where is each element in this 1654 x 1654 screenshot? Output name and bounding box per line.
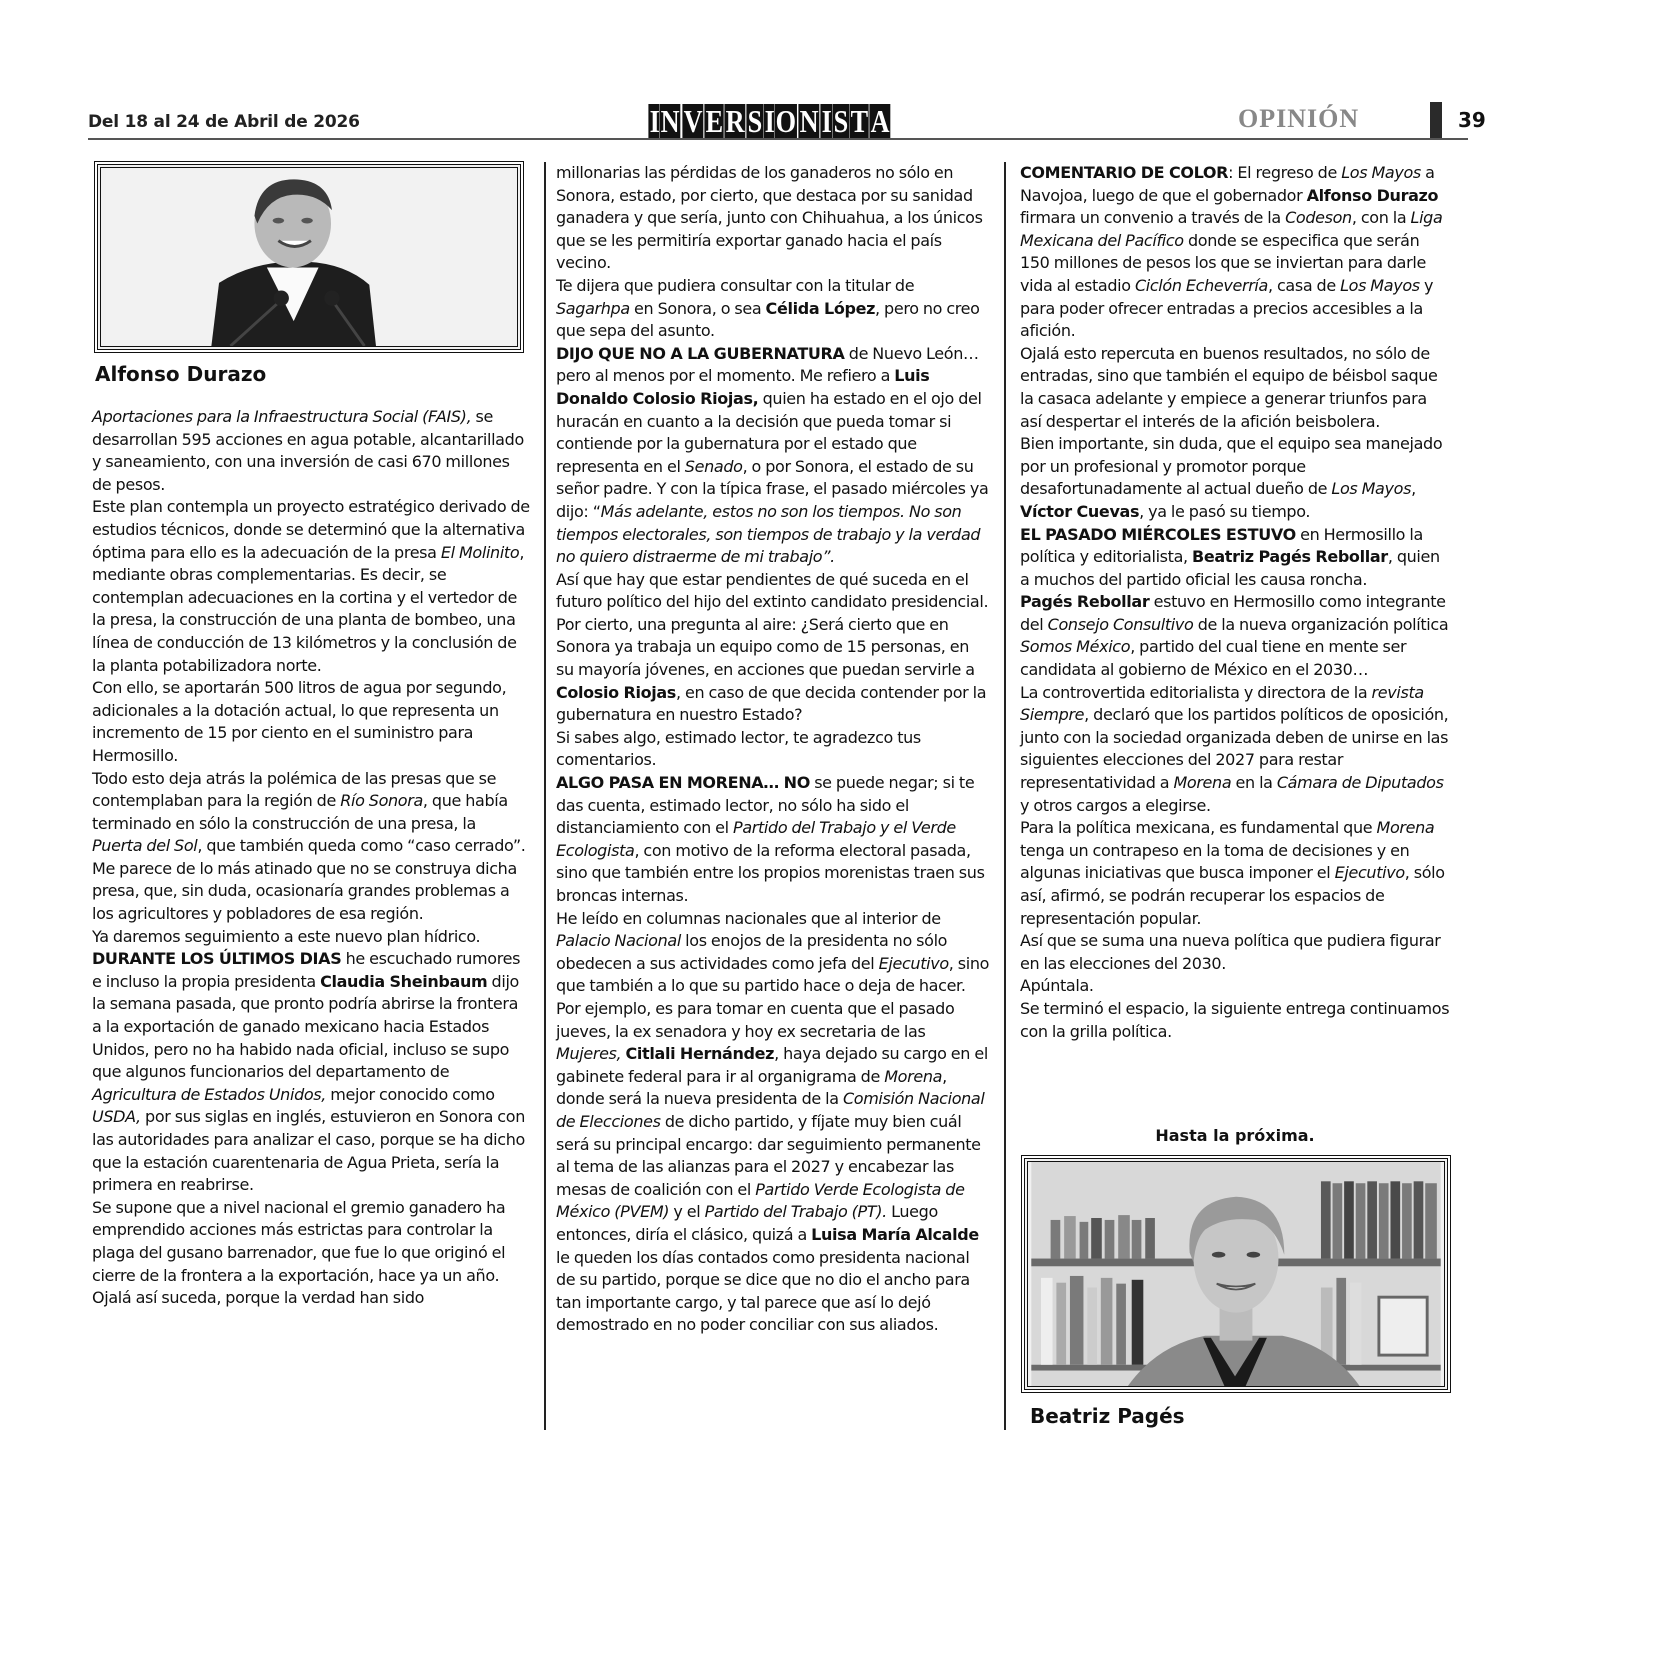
paragraph: DURANTE LOS ÚLTIMOS DIAS he escuchado ru… bbox=[92, 948, 530, 1197]
paragraph: Así que se suma una nueva política que p… bbox=[1020, 930, 1450, 975]
italic-text: Río Sonora bbox=[340, 791, 423, 810]
paragraph: COMENTARIO DE COLOR: El regreso de Los M… bbox=[1020, 162, 1450, 343]
masthead-letter: N bbox=[659, 104, 680, 138]
italic-text: Aportaciones para la Infraestructura Soc… bbox=[92, 407, 471, 426]
text-run: mejor conocido como bbox=[326, 1085, 495, 1104]
text-run: por sus siglas en inglés, estuvieron en … bbox=[92, 1107, 525, 1194]
italic-text: Partido del Trabajo (PT). bbox=[705, 1202, 887, 1221]
portrait-photo-icon bbox=[101, 168, 517, 346]
paragraph: Si sabes algo, estimado lector, te agrad… bbox=[556, 727, 991, 772]
italic-text: Los Mayos bbox=[1341, 163, 1421, 182]
page-header: Del 18 al 24 de Abril de 2026 INVERSIONI… bbox=[88, 100, 1468, 142]
text-run: y otros cargos a elegirse. bbox=[1020, 796, 1211, 815]
paragraph: Se supone que a nivel nacional el gremio… bbox=[92, 1197, 530, 1287]
italic-text: Senado bbox=[685, 457, 743, 476]
paragraph: Pagés Rebollar estuvo en Hermosillo como… bbox=[1020, 591, 1450, 681]
section-bar bbox=[1430, 102, 1442, 138]
bold-text: EL PASADO MIÉRCOLES ESTUVO bbox=[1020, 525, 1296, 544]
article-column-3: COMENTARIO DE COLOR: El regreso de Los M… bbox=[1020, 162, 1450, 1043]
italic-text: Puerta del Sol bbox=[92, 836, 197, 855]
italic-text: Somos México bbox=[1020, 637, 1130, 656]
paragraph: Ojalá esto repercuta en buenos resultado… bbox=[1020, 343, 1450, 433]
paragraph: Ojalá así suceda, porque la verdad han s… bbox=[92, 1287, 530, 1310]
text-run: Con ello, se aportarán 500 litros de agu… bbox=[92, 678, 506, 765]
bold-text: ALGO PASA EN MORENA… NO bbox=[556, 773, 810, 792]
paragraph: Este plan contempla un proyecto estratég… bbox=[92, 496, 530, 677]
masthead-letter: V bbox=[682, 104, 703, 138]
text-run: La controvertida editorialista y directo… bbox=[1020, 683, 1372, 702]
text-run: : El regreso de bbox=[1228, 163, 1341, 182]
bold-text: Beatriz Pagés Rebollar bbox=[1192, 547, 1388, 566]
italic-text: Cámara de Diputados bbox=[1277, 773, 1444, 792]
bold-text: Luisa María Alcalde bbox=[811, 1225, 979, 1244]
text-run: , ya le pasó su tiempo. bbox=[1139, 502, 1310, 521]
italic-text: Sagarhpa bbox=[556, 299, 630, 318]
masthead-letter: O bbox=[774, 104, 797, 138]
italic-text: Ejecutivo bbox=[879, 954, 949, 973]
text-run: Ya daremos seguimiento a este nuevo plan… bbox=[92, 927, 480, 946]
text-run: Para la política mexicana, es fundamenta… bbox=[1020, 818, 1377, 837]
paragraph: EL PASADO MIÉRCOLES ESTUVO en Hermosillo… bbox=[1020, 524, 1450, 592]
italic-text: Morena bbox=[884, 1067, 942, 1086]
masthead-letter: E bbox=[704, 104, 724, 138]
bold-text: COMENTARIO DE COLOR bbox=[1020, 163, 1228, 182]
italic-text: Los Mayos bbox=[1340, 276, 1420, 295]
text-run: en la bbox=[1231, 773, 1277, 792]
bold-text: Citlali Hernández bbox=[626, 1044, 775, 1063]
paragraph: millonarias las pérdidas de los ganadero… bbox=[556, 162, 991, 275]
italic-text: Ciclón Echeverría bbox=[1135, 276, 1268, 295]
paragraph: Por ejemplo, es para tomar en cuenta que… bbox=[556, 998, 991, 1337]
paragraph: Aportaciones para la Infraestructura Soc… bbox=[92, 406, 530, 496]
text-run: , bbox=[1411, 479, 1416, 498]
paragraph: DIJO QUE NO A LA GUBERNATURA de Nuevo Le… bbox=[556, 343, 991, 569]
text-run: en Sonora, o sea bbox=[630, 299, 766, 318]
italic-text: Mujeres, bbox=[556, 1044, 621, 1063]
section-label: OPINIÓN bbox=[1238, 104, 1359, 134]
bold-text: Célida López bbox=[766, 299, 876, 318]
portrait-photo-icon bbox=[1028, 1162, 1444, 1386]
bold-text: DURANTE LOS ÚLTIMOS DIAS bbox=[92, 949, 341, 968]
bold-text: Claudia Sheinbaum bbox=[320, 972, 487, 991]
text-run: , casa de bbox=[1268, 276, 1340, 295]
text-run: Ojalá así suceda, porque la verdad han s… bbox=[92, 1288, 424, 1307]
text-run: millonarias las pérdidas de los ganadero… bbox=[556, 163, 983, 272]
text-run: Si sabes algo, estimado lector, te agrad… bbox=[556, 728, 921, 770]
text-run: Apúntala. bbox=[1020, 976, 1094, 995]
bold-text: Pagés Rebollar bbox=[1020, 592, 1149, 611]
italic-text: Agricultura de Estados Unidos, bbox=[92, 1085, 326, 1104]
text-run: He leído en columnas nacionales que al i… bbox=[556, 909, 941, 928]
portrait-photo-beatriz-pages bbox=[1024, 1158, 1448, 1390]
paragraph: ALGO PASA EN MORENA… NO se puede negar; … bbox=[556, 772, 991, 908]
masthead-letter: T bbox=[849, 104, 869, 138]
italic-text: Morena bbox=[1377, 818, 1435, 837]
italic-text: Morena bbox=[1173, 773, 1231, 792]
masthead-letter: S bbox=[832, 104, 849, 138]
text-run: le queden los días contados como preside… bbox=[556, 1248, 970, 1335]
issue-date: Del 18 al 24 de Abril de 2026 bbox=[88, 112, 360, 132]
bold-text: Colosio Riojas bbox=[556, 683, 676, 702]
photo-caption: Beatriz Pagés bbox=[1030, 1404, 1185, 1428]
paragraph: Así que hay que estar pendientes de qué … bbox=[556, 569, 991, 614]
italic-text: Más adelante, estos no son los tiempos. … bbox=[556, 502, 980, 566]
masthead-logo: INVERSIONISTA bbox=[648, 104, 891, 138]
italic-text: Ejecutivo bbox=[1335, 863, 1405, 882]
paragraph: Todo esto deja atrás la polémica de las … bbox=[92, 768, 530, 858]
italic-text: USDA, bbox=[92, 1107, 141, 1126]
text-run: Así que se suma una nueva política que p… bbox=[1020, 931, 1441, 973]
masthead-letter: A bbox=[869, 104, 890, 138]
text-run: Por cierto, una pregunta al aire: ¿Será … bbox=[556, 615, 975, 679]
text-run: Ojalá esto repercuta en buenos resultado… bbox=[1020, 344, 1438, 431]
paragraph: Se terminó el espacio, la siguiente entr… bbox=[1020, 998, 1450, 1043]
bold-text: DIJO QUE NO A LA GUBERNATURA bbox=[556, 344, 845, 363]
masthead-letter: R bbox=[724, 104, 745, 138]
paragraph: La controvertida editorialista y directo… bbox=[1020, 682, 1450, 818]
paragraph: Me parece de lo más atinado que no se co… bbox=[92, 858, 530, 926]
paragraph: Bien importante, sin duda, que el equipo… bbox=[1020, 433, 1450, 523]
article-column-1: Aportaciones para la Infraestructura Soc… bbox=[92, 406, 530, 1310]
photo-caption: Alfonso Durazo bbox=[95, 362, 266, 386]
article-column-2: millonarias las pérdidas de los ganadero… bbox=[556, 162, 991, 1337]
masthead-letter: S bbox=[746, 104, 763, 138]
header-rule bbox=[88, 138, 1468, 140]
text-run: , mediante obras complementarias. Es dec… bbox=[92, 543, 524, 675]
page-number: 39 bbox=[1458, 108, 1486, 132]
paragraph: He leído en columnas nacionales que al i… bbox=[556, 908, 991, 998]
column-divider bbox=[544, 162, 546, 1430]
signoff: Hasta la próxima. bbox=[1020, 1126, 1450, 1145]
text-run: firmara un convenio a través de la bbox=[1020, 208, 1285, 227]
italic-text: Los Mayos bbox=[1331, 479, 1411, 498]
paragraph: Apúntala. bbox=[1020, 975, 1450, 998]
paragraph: Te dijera que pudiera consultar con la t… bbox=[556, 275, 991, 343]
paragraph: Con ello, se aportarán 500 litros de agu… bbox=[92, 677, 530, 767]
paragraph: Por cierto, una pregunta al aire: ¿Será … bbox=[556, 614, 991, 727]
text-run: y el bbox=[669, 1202, 704, 1221]
column-divider bbox=[1004, 162, 1006, 1430]
text-run: de la nueva organización política bbox=[1193, 615, 1448, 634]
text-run: , con la bbox=[1352, 208, 1411, 227]
italic-text: El Molinito bbox=[441, 543, 519, 562]
text-run: Así que hay que estar pendientes de qué … bbox=[556, 570, 988, 612]
italic-text: Consejo Consultivo bbox=[1048, 615, 1194, 634]
italic-text: Codeson bbox=[1285, 208, 1352, 227]
text-run: Se supone que a nivel nacional el gremio… bbox=[92, 1198, 505, 1285]
portrait-photo-alfonso-durazo bbox=[97, 164, 521, 350]
italic-text: Palacio Nacional bbox=[556, 931, 681, 950]
text-run: Se terminó el espacio, la siguiente entr… bbox=[1020, 999, 1449, 1041]
text-run: , que también queda como “caso cerrado”. bbox=[197, 836, 525, 855]
bold-text: Alfonso Durazo bbox=[1307, 186, 1439, 205]
paragraph: Para la política mexicana, es fundamenta… bbox=[1020, 817, 1450, 930]
masthead-letter: N bbox=[798, 104, 819, 138]
text-run: Te dijera que pudiera consultar con la t… bbox=[556, 276, 914, 295]
text-run: Me parece de lo más atinado que no se co… bbox=[92, 859, 517, 923]
text-run: Por ejemplo, es para tomar en cuenta que… bbox=[556, 999, 954, 1041]
bold-text: Víctor Cuevas bbox=[1020, 502, 1139, 521]
paragraph: Ya daremos seguimiento a este nuevo plan… bbox=[92, 926, 530, 949]
